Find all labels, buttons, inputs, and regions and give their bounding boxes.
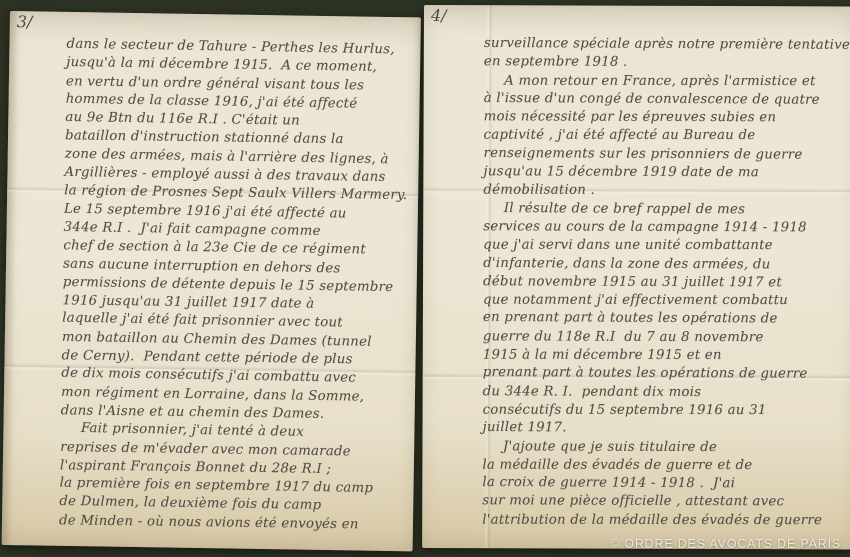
page-number: 4/: [431, 8, 447, 24]
handwritten-line: de Minden - où nous avions été envoyés e…: [59, 512, 407, 535]
handwritten-line: la médaille des évadés de guerre et de: [482, 456, 848, 475]
handwritten-line: captivité , j'ai été affecté au Bureau d…: [484, 127, 850, 146]
handwritten-line: mois nécessité par les épreuves subies e…: [484, 108, 850, 128]
handwritten-line: consécutifs du 15 septembre 1916 au 31: [483, 402, 849, 421]
handwritten-line: A mon retour en France, après l'armistic…: [484, 72, 850, 91]
handwritten-line: démobilisation .: [483, 182, 849, 201]
page-edge-shadow: [2, 11, 20, 545]
handwritten-line: surveillance spéciale après notre premiè…: [484, 35, 850, 55]
handwritten-line: Il résulte de ce bref rappel de mes: [483, 200, 849, 220]
handwritten-line: que j'ai servi dans une unité combattant…: [483, 237, 849, 256]
page-number: 3/: [17, 14, 33, 30]
handwritten-line: que notamment j'ai effectivement combatt…: [483, 292, 849, 311]
handwritten-line: J'ajoute que je suis titulaire de: [482, 438, 848, 458]
handwritten-line: services au cours de la campagne 1914 - …: [483, 218, 849, 238]
handwritten-line: sur moi une pièce officielle , attestant…: [482, 493, 848, 513]
handwritten-text-block: surveillance spéciale après notre premiè…: [482, 35, 850, 530]
handwritten-line: début novembre 1915 au 31 juillet 1917 e…: [483, 273, 849, 293]
handwritten-line: juillet 1917.: [482, 419, 848, 439]
handwritten-text-block: dans le secteur de Tahure - Perthes les …: [59, 36, 415, 535]
handwritten-line: guerre du 118e R.I du 7 au 8 novembre: [483, 328, 849, 348]
manuscript-page-3: 3/ dans le secteur de Tahure - Perthes l…: [2, 11, 421, 551]
handwritten-line: la croix de guerre 1914 - 1918 . J'ai: [482, 474, 848, 494]
document-photo-background: 3/ dans le secteur de Tahure - Perthes l…: [0, 0, 850, 557]
handwritten-line: jusqu'au 15 décembre 1919 date de ma: [483, 163, 849, 183]
handwritten-line: en prenant part à toutes les opérations …: [483, 309, 849, 329]
handwritten-line: l'attribution de la médaille des évadés …: [482, 511, 848, 530]
handwritten-line: d'infanterie, dans la zone des armées, d…: [483, 254, 849, 274]
manuscript-page-4: 4/ surveillance spéciale après notre pre…: [422, 5, 850, 550]
handwritten-line: renseignements sur les prisonniers de gu…: [483, 145, 849, 165]
handwritten-line: 1915 à la mi décembre 1915 et en: [483, 347, 849, 366]
handwritten-line: prenant part à toutes les opérations de …: [483, 364, 849, 384]
handwritten-line: en septembre 1918 .: [484, 54, 850, 74]
handwritten-line: du 344e R. I. pendant dix mois: [483, 383, 849, 403]
copyright-watermark: © ORDRE DES AVOCATS DE PARIS: [610, 538, 841, 551]
handwritten-line: à l'issue d'un congé de convalescence de…: [484, 90, 850, 110]
